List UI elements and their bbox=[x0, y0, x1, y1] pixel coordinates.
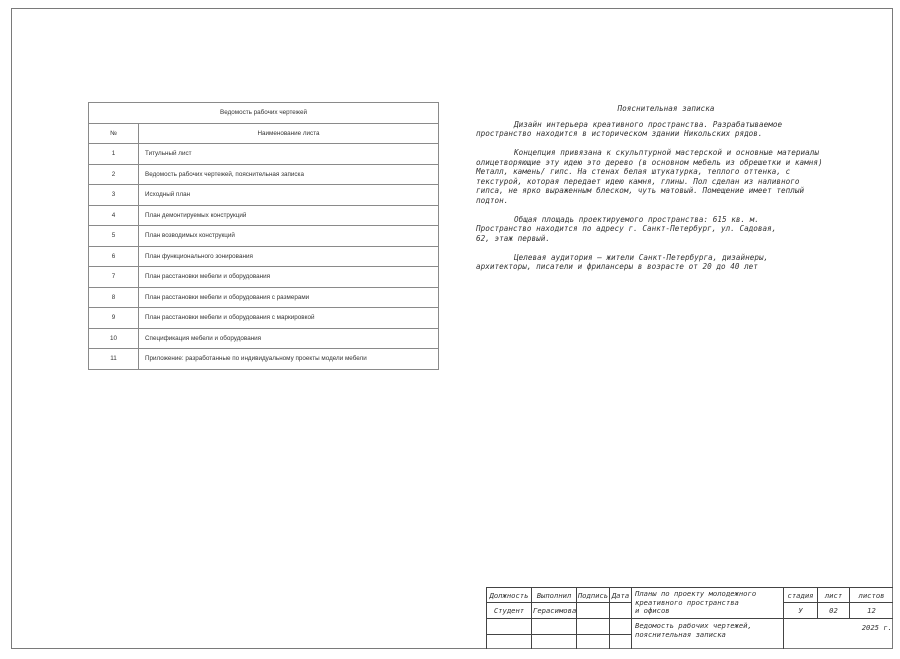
header-position: Должность bbox=[487, 588, 531, 602]
year: 2025 г. bbox=[784, 621, 892, 633]
sheets-value: 12 bbox=[850, 603, 893, 618]
sheets-label: листов bbox=[850, 588, 893, 602]
performer-value: Герасимова bbox=[530, 603, 580, 618]
sheet-title: Ведомость рабочих чертежей, пояснительна… bbox=[632, 620, 783, 650]
title-block: Должность Выполнил Подпись Дата Студент … bbox=[0, 0, 900, 659]
header-signature: Подпись bbox=[577, 588, 609, 602]
sheet-label: лист bbox=[818, 588, 849, 602]
project-title: Планы по проекту молодежного креативного… bbox=[632, 588, 783, 620]
stage-value: У bbox=[784, 603, 817, 618]
header-performer: Выполнил bbox=[532, 588, 576, 602]
position-value: Студент bbox=[487, 603, 531, 618]
stage-label: стадия bbox=[784, 588, 817, 602]
header-date: Дата bbox=[610, 588, 631, 602]
sheet-value: 02 bbox=[818, 603, 849, 618]
